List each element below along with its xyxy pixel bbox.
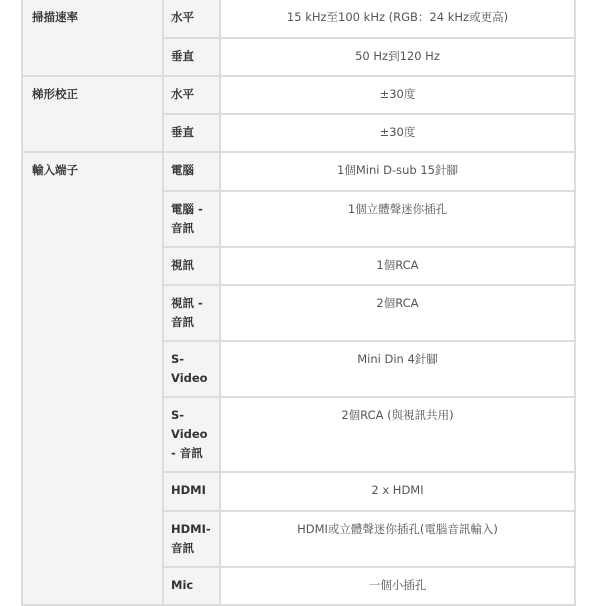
subcategory-cell: 水平 [164, 0, 219, 37]
category-cell: 梯形校正 [23, 77, 162, 151]
value-cell: 1個立體聲迷你插孔 [221, 192, 574, 246]
subcategory-cell: S-Video [164, 342, 219, 396]
spec-table: 掃描速率 水平 15 kHz至100 kHz (RGB：24 kHz或更高) 垂… [21, 0, 576, 600]
subcategory-cell: 視訊 - 音訊 [164, 286, 219, 340]
table-row: 梯形校正 水平 ±30度 [23, 77, 574, 113]
table-row: 掃描速率 水平 15 kHz至100 kHz (RGB：24 kHz或更高) [23, 0, 574, 37]
value-cell: 2 x HDMI [221, 473, 574, 510]
subcategory-cell: 垂直 [164, 39, 219, 75]
value-cell: 一個小插孔 [221, 568, 574, 600]
value-cell: HDMI或立體聲迷你插孔(電腦音訊輸入) [221, 512, 574, 566]
value-cell: ±30度 [221, 115, 574, 151]
value-cell: 1個Mini D-sub 15針腳 [221, 153, 574, 190]
subcategory-cell: 電腦 - 音訊 [164, 192, 219, 246]
subcategory-cell: 視訊 [164, 248, 219, 284]
value-cell: 2個RCA [221, 286, 574, 340]
value-cell: 1個RCA [221, 248, 574, 284]
table-row: 輸入端子 電腦 1個Mini D-sub 15針腳 [23, 153, 574, 190]
subcategory-cell: S-Video - 音訊 [164, 398, 219, 471]
value-cell: 2個RCA (與視訊共用) [221, 398, 574, 471]
subcategory-cell: 水平 [164, 77, 219, 113]
subcategory-cell: HDMI [164, 473, 219, 510]
value-cell: Mini Din 4針腳 [221, 342, 574, 396]
subcategory-cell: 電腦 [164, 153, 219, 190]
category-cell: 輸入端子 [23, 153, 162, 600]
value-cell: 50 Hz到120 Hz [221, 39, 574, 75]
subcategory-cell: HDMI-音訊 [164, 512, 219, 566]
subcategory-cell: Mic [164, 568, 219, 600]
value-cell: 15 kHz至100 kHz (RGB：24 kHz或更高) [221, 0, 574, 37]
value-cell: ±30度 [221, 77, 574, 113]
subcategory-cell: 垂直 [164, 115, 219, 151]
category-cell: 掃描速率 [23, 0, 162, 75]
